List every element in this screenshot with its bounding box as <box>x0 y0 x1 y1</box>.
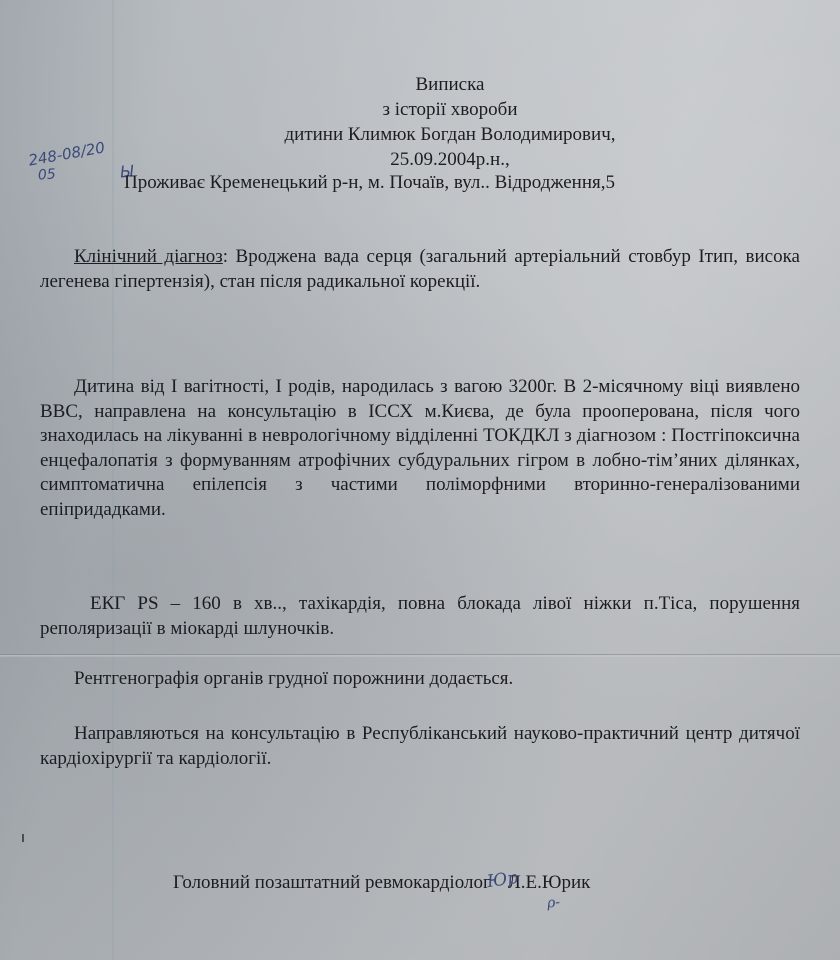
patient-name: дитини Климюк Богдан Володимирович, <box>0 122 840 147</box>
signatory-name: Л.Е.Юрик <box>508 872 590 893</box>
signatory-position: Головний позаштатний ревмокардіолог <box>173 872 491 893</box>
document-subtitle: з історії хвороби <box>0 97 840 122</box>
diagnosis-label: Клінічний діагноз <box>74 246 223 267</box>
patient-address: Проживає Кременецький р-н, м. Почаїв, ву… <box>124 172 615 194</box>
signature-flourish-icon: ρ‑ <box>546 894 561 911</box>
medical-history-paragraph: Дитина від І вагітності, І родів, народи… <box>40 375 800 522</box>
clinical-diagnosis: Клінічний діагноз: Вроджена вада серця (… <box>40 245 800 294</box>
handwritten-number: 05 <box>37 166 56 183</box>
handwritten-signature: Юр <box>486 868 520 892</box>
paper-fold-line <box>0 654 840 657</box>
ecg-paragraph: ЕКГ PS – 160 в хв.., тахікардія, повна б… <box>40 592 800 641</box>
document-title: Виписка <box>0 72 840 97</box>
signature-block: Головний позаштатний ревмокардіологЮрЛ.Е… <box>173 872 590 894</box>
referral-paragraph: Направляються на консультацію в Республі… <box>40 722 800 771</box>
document-header: Виписка з історії хвороби дитини Климюк … <box>0 72 840 172</box>
xray-paragraph: Рентгенографія органів грудної порожнини… <box>40 667 800 692</box>
